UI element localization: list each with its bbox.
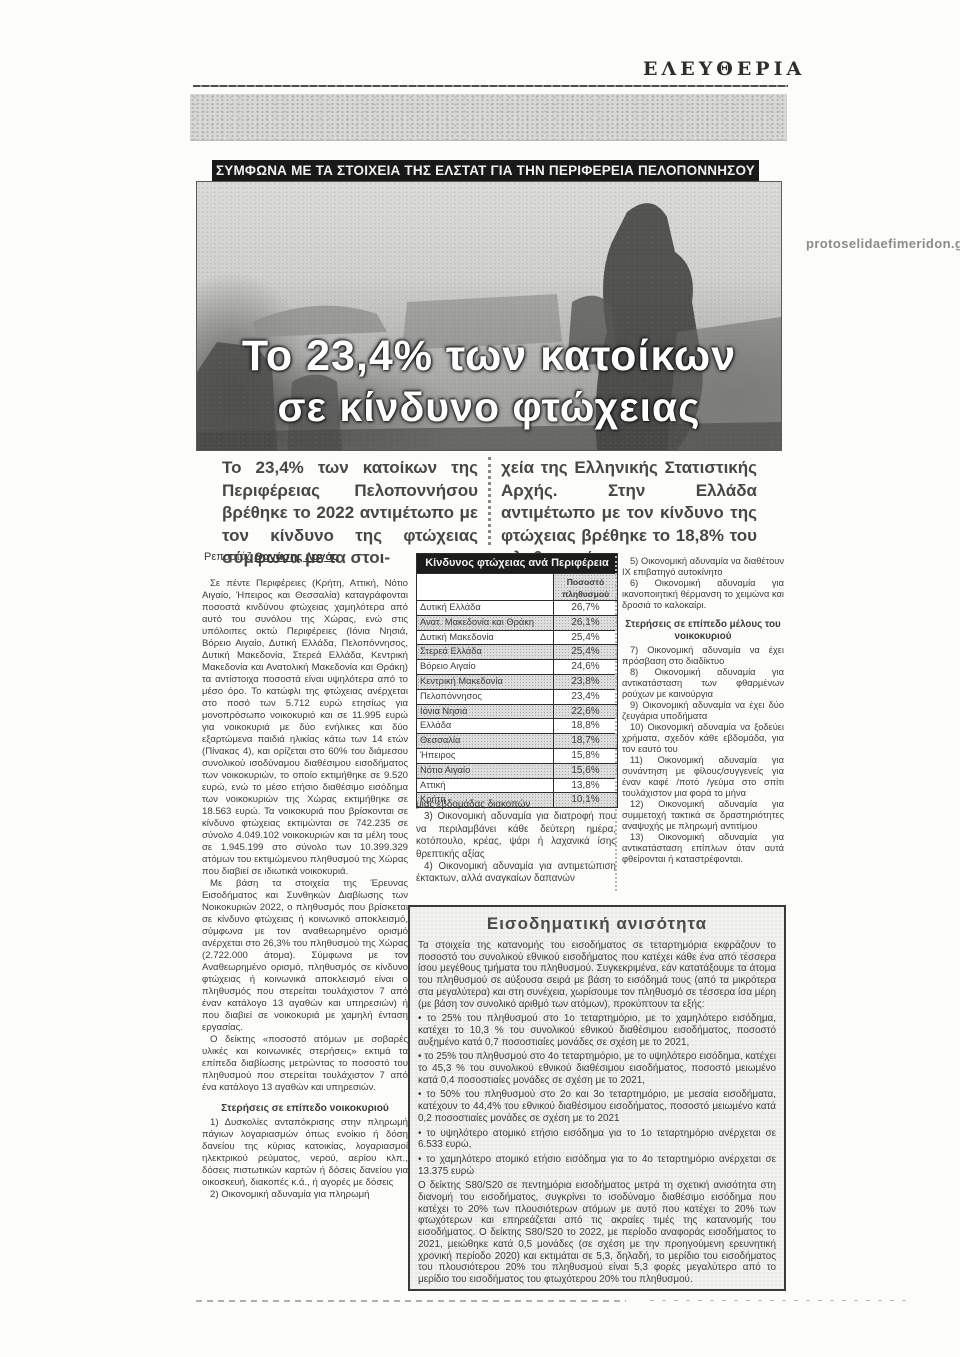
- left-paragraph-1: Σε πέντε Περιφέρειες (Κρήτη, Αττική, Νότ…: [202, 578, 408, 878]
- table-row: Νότιο Αιγαίο15,6%: [417, 763, 617, 778]
- region-cell: Βόρειο Αιγαίο: [417, 660, 554, 674]
- deprivation-item-5: 5) Οικονομική αδυναμία να διαθέτουν ΙΧ ε…: [622, 556, 784, 578]
- table-header-row: Ποσοστό πληθυσμού: [417, 573, 617, 600]
- table-row: Στερεά Ελλάδα25,4%: [417, 644, 617, 659]
- region-cell: Αττική: [417, 779, 554, 793]
- region-cell: Ανατ. Μακεδονία και Θράκη: [417, 616, 554, 630]
- deprivation-item-4: 4) Οικονομική αδυναμία για αντιμετώπιση …: [416, 861, 616, 886]
- deprivation-heading-member: Στερήσεις σε επίπεδο μέλους του νοικοκυρ…: [622, 619, 784, 643]
- value-cell: 23,4%: [554, 690, 617, 704]
- newspaper-logo: ΕΛΕΥΘΕΡΙΑ: [643, 58, 787, 80]
- deprivation-item-12: 12) Οικονομική αδυναμία για συμμετοχή τα…: [622, 799, 784, 832]
- deprivation-heading-household: Στερήσεις σε επίπεδο νοικοκυριού: [202, 1103, 408, 1115]
- lead-paragraph-right: χεία της Ελληνικής Στατιστικής Αρχής. Στ…: [501, 457, 757, 545]
- region-cell: Θεσσαλία: [417, 734, 554, 748]
- lead-paragraph-left: Το 23,4% των κατοίκων της Περιφέρειας Πε…: [222, 457, 478, 545]
- value-cell: 18,7%: [554, 734, 617, 748]
- table-row: Ανατ. Μακεδονία και Θράκη26,1%: [417, 615, 617, 630]
- region-cell: Νότιο Αιγαίο: [417, 764, 554, 778]
- deprivation-item-8: 8) Οικονομική αδυναμία για αντικατάσταση…: [622, 667, 784, 700]
- column-divider: [615, 556, 617, 891]
- income-box-intro: Τα στοιχεία της κατανομής του εισοδήματο…: [418, 940, 776, 1010]
- table-row: Πελοπόννησος23,4%: [417, 689, 617, 704]
- scan-texture-band: [190, 94, 787, 141]
- value-cell: 22,6%: [554, 705, 617, 719]
- deprivation-item-9: 9) Οικονομική αδυναμία να έχει δύο ζευγά…: [622, 700, 784, 722]
- article-column-middle: μιας εβδομάδας διακοπών 3) Οικονομική αδ…: [416, 799, 616, 886]
- table-row: Αττική13,8%: [417, 778, 617, 793]
- income-inequality-box: Εισοδηματική ανισότητα Τα στοιχεία της κ…: [408, 905, 786, 1291]
- income-box-bullet-3: • το 50% του πληθυσμού στο 2ο και 3ο τετ…: [418, 1089, 776, 1124]
- article-column-left: Σε πέντε Περιφέρειες (Κρήτη, Αττική, Νότ…: [202, 578, 408, 1201]
- poverty-table: Κίνδυνος φτώχειας ανά Περιφέρεια Ποσοστό…: [416, 553, 618, 808]
- table-row: Ήπειρος15,8%: [417, 748, 617, 763]
- watermark-text: protoselidaefimeridon.gr: [806, 236, 960, 251]
- table-header-value: Ποσοστό πληθυσμού: [554, 574, 617, 600]
- headline-line-2: σε κίνδυνο φτώχειας: [197, 382, 781, 432]
- headline: Το 23,4% των κατοίκων σε κίνδυνο φτώχεια…: [197, 330, 781, 432]
- byline-author: Θανάσης Λαγός: [254, 551, 337, 563]
- masthead-rule: [193, 85, 788, 87]
- table-row: Ελλάδα18,8%: [417, 718, 617, 733]
- region-cell: Κεντρική Μακεδονία: [417, 675, 554, 689]
- deprivation-item-13: 13) Οικονομική αδυναμία για αντικατάστασ…: [622, 832, 784, 865]
- table-title: Κίνδυνος φτώχειας ανά Περιφέρεια: [417, 554, 617, 573]
- headline-line-1: Το 23,4% των κατοίκων: [197, 330, 781, 382]
- income-box-bullet-4: • το υψηλότερο ατομικό ετήσιο εισόδημα γ…: [418, 1128, 776, 1151]
- value-cell: 26,1%: [554, 616, 617, 630]
- value-cell: 25,4%: [554, 645, 617, 659]
- left-paragraph-2: Με βάση τα στοιχεία της Έρευνας Εισοδήμα…: [202, 878, 408, 1034]
- value-cell: 18,8%: [554, 719, 617, 733]
- deprivation-item-11: 11) Οικονομική αδυναμία για συνάντηση με…: [622, 755, 784, 799]
- value-cell: 26,7%: [554, 601, 617, 615]
- region-cell: Πελοπόννησος: [417, 690, 554, 704]
- article-column-right: 5) Οικονομική αδυναμία να διαθέτουν ΙΧ ε…: [622, 556, 784, 865]
- byline-label: Ρεπορτάζ: [204, 551, 251, 563]
- deprivation-item-10: 10) Οικονομική αδυναμία να ξοδεύει χρήμα…: [622, 722, 784, 755]
- table-row: Θεσσαλία18,7%: [417, 733, 617, 748]
- deprivation-item-7: 7) Οικονομική αδυναμία να έχει πρόσβαση …: [622, 645, 784, 667]
- middle-continuation: μιας εβδομάδας διακοπών: [416, 799, 616, 811]
- hero-photo: Το 23,4% των κατοίκων σε κίνδυνο φτώχεια…: [196, 181, 782, 451]
- table-header-region: [417, 574, 554, 600]
- bottom-rule-right: [650, 1300, 910, 1301]
- table-row: Βόρειο Αιγαίο24,6%: [417, 659, 617, 674]
- income-box-bullet-2: • το 25% του πληθυσμού στο 4ο τεταρτημόρ…: [418, 1051, 776, 1086]
- table-row: Ιόνια Νησιά22,6%: [417, 704, 617, 719]
- deprivation-item-3: 3) Οικονομική αδυναμία για διατροφή που …: [416, 811, 616, 861]
- income-box-bullet-1: • το 25% του πληθυσμού στο 1ο τεταρτημόρ…: [418, 1013, 776, 1048]
- value-cell: 15,6%: [554, 764, 617, 778]
- table-row: Δυτική Ελλάδα26,7%: [417, 600, 617, 615]
- deprivation-item-6: 6) Οικονομική αδυναμία για ικανοποιητική…: [622, 578, 784, 611]
- deprivation-item-2: 2) Οικονομική αδυναμία για πληρωμή: [202, 1189, 408, 1201]
- region-cell: Ελλάδα: [417, 719, 554, 733]
- value-cell: 25,4%: [554, 631, 617, 645]
- income-box-bullet-5: • το χαμηλότερο ατομικό ετήσιο εισόδημα …: [418, 1154, 776, 1177]
- region-cell: Δυτική Ελλάδα: [417, 601, 554, 615]
- value-cell: 24,6%: [554, 660, 617, 674]
- lead-divider: [488, 457, 491, 545]
- value-cell: 23,8%: [554, 675, 617, 689]
- region-cell: Δυτική Μακεδονία: [417, 631, 554, 645]
- income-box-outro: Ο δείκτης S80/S20 σε πεντημόρια εισοδήμα…: [418, 1180, 776, 1285]
- deprivation-item-1: 1) Δυσκολίες ανταπόκρισης στην πληρωμή π…: [202, 1117, 408, 1189]
- table-row: Κεντρική Μακεδονία23,8%: [417, 674, 617, 689]
- kicker-banner: ΣΥΜΦΩΝΑ ΜΕ ΤΑ ΣΤΟΙΧΕΙΑ ΤΗΣ ΕΛΣΤΑΤ ΓΙΑ ΤΗ…: [212, 160, 759, 181]
- value-cell: 15,8%: [554, 749, 617, 763]
- table-row: Δυτική Μακεδονία25,4%: [417, 630, 617, 645]
- left-paragraph-3: Ο δείκτης «ποσοστό ατόμων με σοβαρές υλι…: [202, 1034, 408, 1094]
- bottom-rule: [196, 1300, 626, 1302]
- lead-paragraph: Το 23,4% των κατοίκων της Περιφέρειας Πε…: [222, 457, 758, 545]
- region-cell: Ήπειρος: [417, 749, 554, 763]
- region-cell: Στερεά Ελλάδα: [417, 645, 554, 659]
- income-box-title: Εισοδηματική ανισότητα: [418, 914, 776, 934]
- region-cell: Ιόνια Νησιά: [417, 705, 554, 719]
- value-cell: 13,8%: [554, 779, 617, 793]
- byline: Ρεπορτάζ Θανάσης Λαγός: [204, 551, 408, 563]
